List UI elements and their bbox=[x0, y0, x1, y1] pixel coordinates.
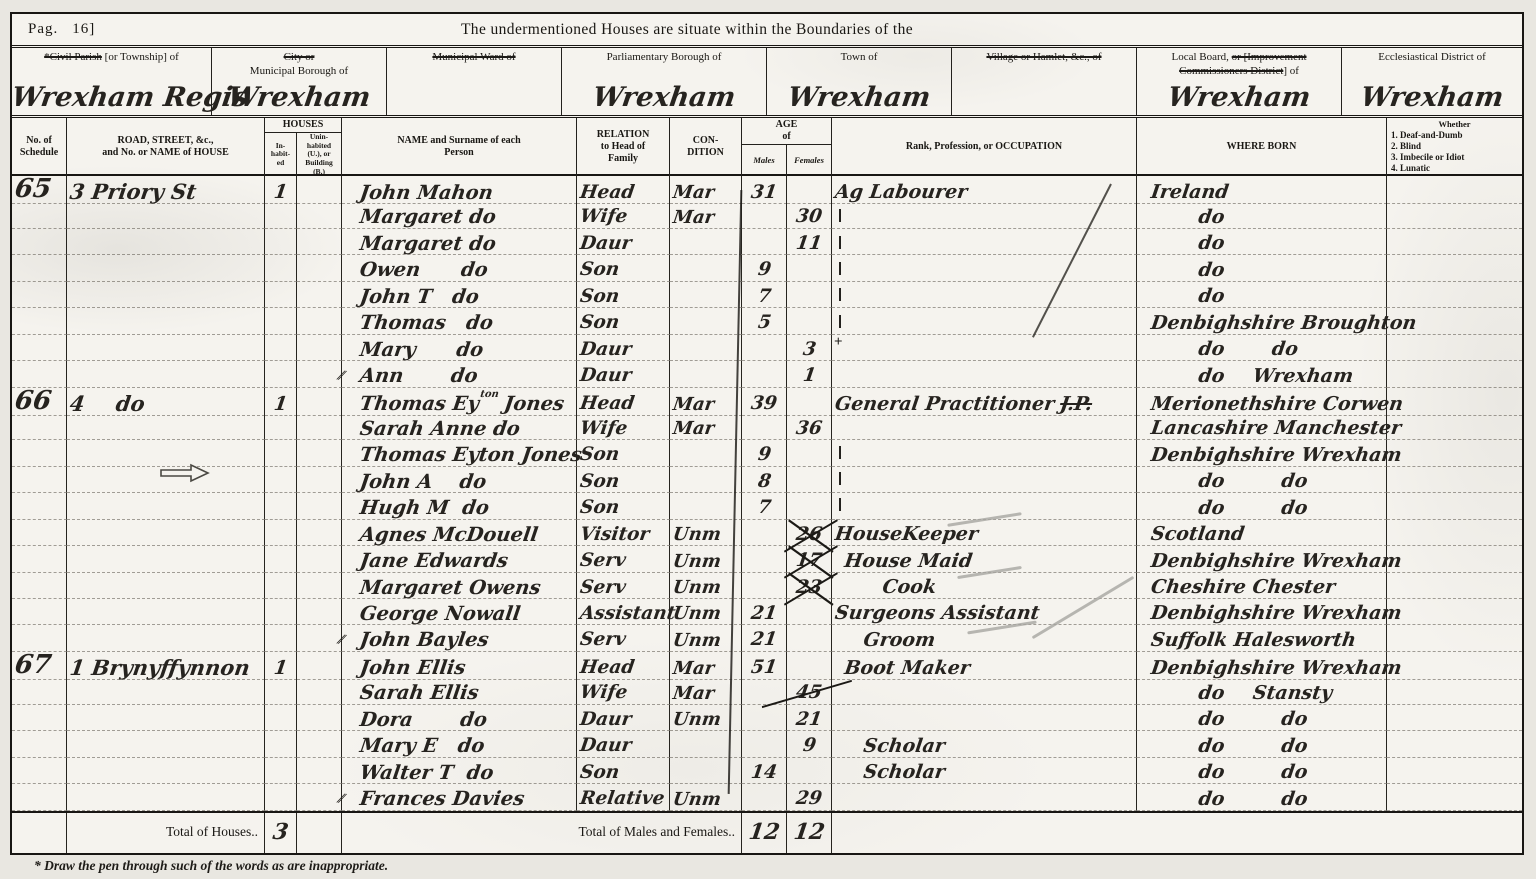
schedule-number: 65 bbox=[12, 176, 67, 204]
col-condition: CON- DITION bbox=[670, 118, 742, 176]
birthplace: do do bbox=[1137, 705, 1387, 731]
census-sheet: Pag.16] The undermentioned Houses are si… bbox=[10, 12, 1524, 855]
relation-to-head: Serv bbox=[577, 573, 670, 599]
totals-empty-cell bbox=[832, 813, 1522, 853]
col-schedule-line1: No. of bbox=[13, 135, 65, 147]
footnote: * Draw the pen through such of the words… bbox=[34, 858, 388, 874]
relation-to-head: Assistant bbox=[577, 599, 670, 625]
disability-cell bbox=[1387, 705, 1522, 731]
occupation bbox=[832, 255, 1137, 281]
age-female bbox=[787, 282, 832, 308]
houses-uninhabited-count bbox=[297, 678, 342, 704]
ink-mark bbox=[839, 446, 841, 459]
census-row: Jane EdwardsServUnm17 House MaidDenbighs… bbox=[12, 546, 1522, 572]
disability-cell bbox=[1387, 625, 1522, 651]
census-row: Sarah Anne doWifeMar36Lancashire Manches… bbox=[12, 414, 1522, 440]
houses-uninhabited-count bbox=[297, 335, 342, 361]
house-address bbox=[67, 414, 265, 440]
disability-cell bbox=[1387, 308, 1522, 334]
district-box-municipal-ward: Municipal Ward of bbox=[387, 48, 562, 115]
age-female: 9 bbox=[787, 731, 832, 757]
house-address bbox=[67, 255, 265, 281]
census-row: ∕∕Frances DaviesRelativeUnm29 do do bbox=[12, 784, 1522, 810]
census-page: Pag.16] The undermentioned Houses are si… bbox=[0, 0, 1536, 879]
occupation bbox=[832, 308, 1137, 334]
birthplace: do do bbox=[1137, 467, 1387, 493]
district-label-segment: or [Improvement bbox=[1232, 51, 1307, 63]
age-male bbox=[742, 414, 787, 440]
house-address bbox=[67, 229, 265, 255]
disability-cell bbox=[1387, 335, 1522, 361]
birthplace: Merionethshire Corwen bbox=[1137, 388, 1387, 416]
birthplace: Denbighshire Wrexham bbox=[1137, 546, 1387, 572]
disability-cell bbox=[1387, 758, 1522, 784]
occupation bbox=[832, 784, 1137, 810]
occupation bbox=[832, 361, 1137, 387]
schedule-number bbox=[12, 493, 67, 519]
age-male: 8 bbox=[742, 467, 787, 493]
person-name: Margaret do bbox=[342, 229, 577, 255]
district-label-segment: ] of bbox=[1283, 65, 1299, 77]
schedule-number bbox=[12, 467, 67, 493]
schedule-number bbox=[12, 308, 67, 334]
houses-inhabited-count bbox=[265, 493, 297, 519]
col-females: Females bbox=[787, 145, 831, 176]
marital-condition: Unm bbox=[670, 546, 742, 572]
houses-uninhabited-count bbox=[297, 388, 342, 416]
census-row: Thomas Eyton JonesSon9Denbighshire Wrexh… bbox=[12, 440, 1522, 466]
district-box-civil-parish: *Civil Parish [or Township] ofWrexham Re… bbox=[12, 48, 212, 115]
marital-condition bbox=[670, 282, 742, 308]
relation-to-head: Son bbox=[577, 308, 670, 334]
person-name: ∕∕Ann do bbox=[342, 361, 577, 387]
birthplace: Denbighshire Wrexham bbox=[1137, 652, 1387, 680]
disability-cell bbox=[1387, 176, 1522, 204]
age-male: 14 bbox=[742, 758, 787, 784]
houses-inhabited-count bbox=[265, 546, 297, 572]
person-name: John Mahon bbox=[342, 176, 577, 204]
census-row: Dora doDaurUnm21 do do bbox=[12, 705, 1522, 731]
age-female bbox=[787, 599, 832, 625]
census-row: 671 Brynyffynnon1John EllisHeadMar51 Boo… bbox=[12, 652, 1522, 678]
marital-condition bbox=[670, 493, 742, 519]
relation-to-head: Serv bbox=[577, 625, 670, 651]
schedule-number bbox=[12, 202, 67, 228]
schedule-number bbox=[12, 335, 67, 361]
houses-inhabited-count bbox=[265, 625, 297, 651]
marital-condition: Mar bbox=[670, 388, 742, 416]
disability-cell bbox=[1387, 361, 1522, 387]
occupation: House Maid bbox=[832, 546, 1137, 572]
birthplace: Suffolk Halesworth bbox=[1137, 625, 1387, 651]
house-address bbox=[67, 573, 265, 599]
house-address bbox=[67, 361, 265, 387]
total-houses-label: Total of Houses.. bbox=[67, 813, 265, 853]
age-female: 3 bbox=[787, 335, 832, 361]
title-bar: Pag.16] The undermentioned Houses are si… bbox=[12, 14, 1522, 48]
relation-to-head: Head bbox=[577, 176, 670, 204]
ink-mark bbox=[839, 209, 841, 222]
houses-inhabited-count: 1 bbox=[265, 388, 297, 416]
age-male: 7 bbox=[742, 493, 787, 519]
census-row: Margaret doWifeMar30 do bbox=[12, 202, 1522, 228]
house-address bbox=[67, 335, 265, 361]
person-name: Thomas Eyton Jones bbox=[342, 388, 577, 416]
houses-uninhabited-count bbox=[297, 440, 342, 466]
district-label-segment: Commissioners District bbox=[1179, 65, 1283, 77]
district-value-handwritten bbox=[952, 82, 1136, 113]
marital-condition: Mar bbox=[670, 176, 742, 204]
birthplace: do do bbox=[1137, 493, 1387, 519]
birthplace: Lancashire Manchester bbox=[1137, 414, 1387, 440]
ink-mark bbox=[839, 498, 841, 511]
occupation bbox=[832, 467, 1137, 493]
houses-inhabited-count bbox=[265, 731, 297, 757]
relation-to-head: Son bbox=[577, 255, 670, 281]
age-male bbox=[742, 573, 787, 599]
age-female: 26 bbox=[787, 520, 832, 546]
house-address: 3 Priory St bbox=[67, 176, 265, 204]
person-name: Thomas Eyton Jones bbox=[342, 440, 577, 466]
district-label-segment: Parliamentary Borough of bbox=[607, 51, 722, 63]
houses-inhabited-count bbox=[265, 308, 297, 334]
person-name: John A do bbox=[342, 467, 577, 493]
houses-uninhabited-count bbox=[297, 361, 342, 387]
age-male bbox=[742, 784, 787, 810]
age-female: 30 bbox=[787, 202, 832, 228]
census-row: Agnes McDouellVisitorUnm26HouseKeeperSco… bbox=[12, 520, 1522, 546]
age-male: 51 bbox=[742, 652, 787, 680]
houses-inhabited-count: 1 bbox=[265, 176, 297, 204]
person-name: George Nowall bbox=[342, 599, 577, 625]
marital-condition bbox=[670, 308, 742, 334]
disability-cell bbox=[1387, 255, 1522, 281]
age-female bbox=[787, 255, 832, 281]
person-name: ∕∕Frances Davies bbox=[342, 784, 577, 810]
birthplace: do bbox=[1137, 282, 1387, 308]
relation-to-head: Head bbox=[577, 388, 670, 416]
district-label-segment: Village or Hamlet, &c., of bbox=[986, 51, 1101, 63]
col-where-born: WHERE BORN bbox=[1137, 118, 1387, 176]
census-row: Mary E doDaur9 Scholar do do bbox=[12, 731, 1522, 757]
person-name: Walter T do bbox=[342, 758, 577, 784]
birthplace: do do bbox=[1137, 335, 1387, 361]
schedule-number bbox=[12, 625, 67, 651]
age-male bbox=[742, 229, 787, 255]
age-male: 21 bbox=[742, 599, 787, 625]
houses-inhabited-count bbox=[265, 229, 297, 255]
birthplace: do bbox=[1137, 202, 1387, 228]
schedule-number bbox=[12, 255, 67, 281]
person-name: Hugh M do bbox=[342, 493, 577, 519]
disability-cell bbox=[1387, 229, 1522, 255]
birthplace: do bbox=[1137, 255, 1387, 281]
district-value-handwritten: Wrexham Regis bbox=[12, 82, 211, 113]
age-male bbox=[742, 335, 787, 361]
houses-inhabited-count bbox=[265, 440, 297, 466]
occupation bbox=[832, 282, 1137, 308]
census-row: Owen doSon9 do bbox=[12, 255, 1522, 281]
person-name: Thomas do bbox=[342, 308, 577, 334]
house-address bbox=[67, 467, 265, 493]
houses-inhabited-count bbox=[265, 361, 297, 387]
inserted-pointer-arrow-icon bbox=[159, 463, 211, 488]
disability-cell bbox=[1387, 520, 1522, 546]
census-row: Walter T doSon14 Scholar do do bbox=[12, 758, 1522, 784]
age-male: 9 bbox=[742, 255, 787, 281]
col-uninhabited: Unin- habited (U.), or Building (B.) bbox=[297, 133, 341, 176]
house-address: 1 Brynyffynnon bbox=[67, 652, 265, 680]
age-female bbox=[787, 758, 832, 784]
col-schedule-line2: Schedule bbox=[13, 147, 65, 159]
col-houses-group: HOUSES In- habit- ed Unin- habited (U.),… bbox=[265, 118, 342, 176]
total-houses-value: 3 bbox=[265, 813, 297, 853]
person-name: Dora do bbox=[342, 705, 577, 731]
houses-inhabited-count bbox=[265, 414, 297, 440]
marital-condition: Unm bbox=[670, 784, 742, 810]
birthplace: do Stansty bbox=[1137, 678, 1387, 704]
birthplace: do do bbox=[1137, 784, 1387, 810]
col-name: NAME and Surname of each Person bbox=[342, 118, 577, 176]
census-row: 664 do1Thomas Eyton JonesHeadMar39Genera… bbox=[12, 388, 1522, 414]
district-box-municipal-borough: City orMunicipal Borough ofWrexham bbox=[212, 48, 387, 115]
census-row: John T doSon7 do bbox=[12, 282, 1522, 308]
age-male bbox=[742, 361, 787, 387]
house-address bbox=[67, 546, 265, 572]
birthplace: Denbighshire Wrexham bbox=[1137, 440, 1387, 466]
house-address bbox=[67, 678, 265, 704]
census-row: Mary doDaur3 do do bbox=[12, 335, 1522, 361]
person-name: John Ellis bbox=[342, 652, 577, 680]
houses-inhabited-count bbox=[265, 255, 297, 281]
district-label: Municipal Ward of bbox=[387, 48, 561, 65]
schedule-number bbox=[12, 546, 67, 572]
schedule-number bbox=[12, 678, 67, 704]
marital-condition bbox=[670, 361, 742, 387]
houses-inhabited-count bbox=[265, 678, 297, 704]
houses-uninhabited-count bbox=[297, 282, 342, 308]
houses-uninhabited-count bbox=[297, 731, 342, 757]
relation-to-head: Serv bbox=[577, 546, 670, 572]
houses-uninhabited-count bbox=[297, 573, 342, 599]
house-address bbox=[67, 758, 265, 784]
census-row: ∕∕Ann doDaur1 do Wrexham bbox=[12, 361, 1522, 387]
occupation bbox=[832, 705, 1137, 731]
relation-to-head: Son bbox=[577, 758, 670, 784]
age-female bbox=[787, 652, 832, 680]
marital-condition bbox=[670, 731, 742, 757]
district-label: Village or Hamlet, &c., of bbox=[952, 48, 1136, 65]
person-name: Mary do bbox=[342, 335, 577, 361]
total-females-value: 12 bbox=[787, 813, 832, 853]
schedule-number bbox=[12, 282, 67, 308]
census-row: Margaret doDaur11 do bbox=[12, 229, 1522, 255]
age-female: 36 bbox=[787, 414, 832, 440]
census-row: Thomas doSon5Denbighshire Broughton bbox=[12, 308, 1522, 334]
houses-inhabited-count bbox=[265, 784, 297, 810]
col-road: ROAD, STREET, &c., and No. or NAME of HO… bbox=[67, 118, 265, 176]
houses-uninhabited-count bbox=[297, 229, 342, 255]
houses-uninhabited-count bbox=[297, 625, 342, 651]
occupation: Cook bbox=[832, 573, 1137, 599]
relation-to-head: Daur bbox=[577, 229, 670, 255]
occupation: Boot Maker bbox=[832, 652, 1137, 680]
schedule-number bbox=[12, 440, 67, 466]
district-value-handwritten: Wrexham bbox=[1342, 82, 1522, 113]
disability-cell bbox=[1387, 784, 1522, 810]
age-female: 23 bbox=[787, 573, 832, 599]
district-box-town: Town ofWrexham bbox=[767, 48, 952, 115]
houses-uninhabited-count bbox=[297, 202, 342, 228]
house-address bbox=[67, 625, 265, 651]
age-female: 1 bbox=[787, 361, 832, 387]
relation-to-head: Wife bbox=[577, 202, 670, 228]
birthplace: Ireland bbox=[1137, 176, 1387, 204]
house-address bbox=[67, 282, 265, 308]
col-houses-title: HOUSES bbox=[265, 118, 341, 133]
district-label-segment: [or Township] of bbox=[102, 51, 179, 63]
person-name: Owen do bbox=[342, 255, 577, 281]
name-superscript: ton bbox=[480, 390, 500, 400]
marital-condition bbox=[670, 467, 742, 493]
disability-cell bbox=[1387, 731, 1522, 757]
houses-uninhabited-count bbox=[297, 255, 342, 281]
district-label-segment: Municipal Ward of bbox=[432, 51, 515, 63]
age-male bbox=[742, 546, 787, 572]
disability-cell bbox=[1387, 414, 1522, 440]
houses-inhabited-count bbox=[265, 705, 297, 731]
col-whether-disabilities: Whether 1. Deaf-and-Dumb 2. Blind 3. Imb… bbox=[1387, 118, 1522, 176]
person-name: Jane Edwards bbox=[342, 546, 577, 572]
district-label-segment: *Civil Parish bbox=[44, 51, 102, 63]
age-female: 29 bbox=[787, 784, 832, 810]
schedule-number bbox=[12, 414, 67, 440]
district-box-local-board: Local Board, or [ImprovementCommissioner… bbox=[1137, 48, 1342, 115]
age-female: 45 bbox=[787, 678, 832, 704]
occupation: General PractitionerJ.P. bbox=[832, 388, 1137, 416]
age-female bbox=[787, 176, 832, 204]
schedule-number: 66 bbox=[12, 388, 67, 416]
disability-cell bbox=[1387, 202, 1522, 228]
age-female bbox=[787, 388, 832, 416]
marital-condition bbox=[670, 335, 742, 361]
relation-to-head: Daur bbox=[577, 705, 670, 731]
house-address bbox=[67, 599, 265, 625]
houses-inhabited-count bbox=[265, 335, 297, 361]
occupation bbox=[832, 678, 1137, 704]
birthplace: Scotland bbox=[1137, 520, 1387, 546]
relation-to-head: Son bbox=[577, 440, 670, 466]
houses-uninhabited-count bbox=[297, 414, 342, 440]
relation-to-head: Wife bbox=[577, 414, 670, 440]
age-male bbox=[742, 731, 787, 757]
column-header-row: No. of Schedule ROAD, STREET, &c., and N… bbox=[12, 118, 1522, 176]
census-row: Hugh M doSon7 do do bbox=[12, 493, 1522, 519]
disability-cell bbox=[1387, 493, 1522, 519]
houses-inhabited-count bbox=[265, 467, 297, 493]
district-label: Parliamentary Borough of bbox=[562, 48, 766, 65]
birthplace: Denbighshire Broughton bbox=[1137, 308, 1387, 334]
disability-cell bbox=[1387, 282, 1522, 308]
marital-condition bbox=[670, 229, 742, 255]
census-row: ∕∕John BaylesServUnm21 GroomSuffolk Hale… bbox=[12, 625, 1522, 651]
birthplace: do do bbox=[1137, 731, 1387, 757]
totals-row: Total of Houses.. 3 Total of Males and F… bbox=[12, 811, 1522, 853]
age-male: 9 bbox=[742, 440, 787, 466]
schedule-number bbox=[12, 361, 67, 387]
schedule-number bbox=[12, 784, 67, 810]
district-label: *Civil Parish [or Township] of bbox=[12, 48, 211, 65]
col-road-line2: and No. or NAME of HOUSE bbox=[68, 147, 263, 159]
schedule-number: 67 bbox=[12, 652, 67, 680]
district-label-segment: Municipal Borough of bbox=[250, 65, 348, 77]
schedule-number bbox=[12, 758, 67, 784]
district-value-handwritten: Wrexham bbox=[1137, 82, 1341, 113]
occupation: Ag Labourer bbox=[832, 176, 1137, 204]
age-male: 39 bbox=[742, 388, 787, 416]
sheet-title: The undermentioned Houses are situate wi… bbox=[12, 21, 1362, 39]
houses-uninhabited-count bbox=[297, 493, 342, 519]
age-female: 11 bbox=[787, 229, 832, 255]
col-schedule: No. of Schedule bbox=[12, 118, 67, 176]
occupation: Scholar bbox=[832, 758, 1137, 784]
birthplace: do do bbox=[1137, 758, 1387, 784]
houses-inhabited-count bbox=[265, 520, 297, 546]
schedule-number bbox=[12, 229, 67, 255]
disability-cell bbox=[1387, 467, 1522, 493]
house-address bbox=[67, 520, 265, 546]
age-male: 21 bbox=[742, 625, 787, 651]
disability-cell bbox=[1387, 678, 1522, 704]
age-female bbox=[787, 493, 832, 519]
schedule-number bbox=[12, 731, 67, 757]
ink-mark bbox=[839, 262, 841, 275]
age-male: 31 bbox=[742, 176, 787, 204]
houses-inhabited-count bbox=[265, 202, 297, 228]
ink-plus-mark: + bbox=[834, 334, 843, 351]
person-name: Mary E do bbox=[342, 731, 577, 757]
district-value-handwritten: Wrexham bbox=[767, 82, 951, 113]
age-male bbox=[742, 202, 787, 228]
age-male: 5 bbox=[742, 308, 787, 334]
census-row: Sarah EllisWifeMar45 do Stansty bbox=[12, 678, 1522, 704]
occupation: HouseKeeper bbox=[832, 520, 1137, 546]
houses-uninhabited-count bbox=[297, 546, 342, 572]
district-label: Ecclesiastical District of bbox=[1342, 48, 1522, 65]
district-label-segment: Town of bbox=[841, 51, 878, 63]
disability-cell bbox=[1387, 546, 1522, 572]
houses-inhabited-count: 1 bbox=[265, 652, 297, 680]
houses-inhabited-count bbox=[265, 282, 297, 308]
person-name: Sarah Anne do bbox=[342, 414, 577, 440]
census-row: John A doSon8 do do bbox=[12, 467, 1522, 493]
disability-cell bbox=[1387, 652, 1522, 680]
relation-to-head: Relative bbox=[577, 784, 670, 810]
age-female bbox=[787, 467, 832, 493]
houses-uninhabited-count bbox=[297, 652, 342, 680]
house-address bbox=[67, 308, 265, 334]
birthplace: do bbox=[1137, 229, 1387, 255]
houses-uninhabited-count bbox=[297, 758, 342, 784]
totals-uninhab-cell bbox=[297, 813, 342, 853]
age-female: 21 bbox=[787, 705, 832, 731]
schedule-number bbox=[12, 705, 67, 731]
house-address bbox=[67, 731, 265, 757]
age-female: 17 bbox=[787, 546, 832, 572]
district-box-ecclesiastical-district: Ecclesiastical District ofWrexham bbox=[1342, 48, 1522, 115]
occupation bbox=[832, 414, 1137, 440]
house-address bbox=[67, 493, 265, 519]
